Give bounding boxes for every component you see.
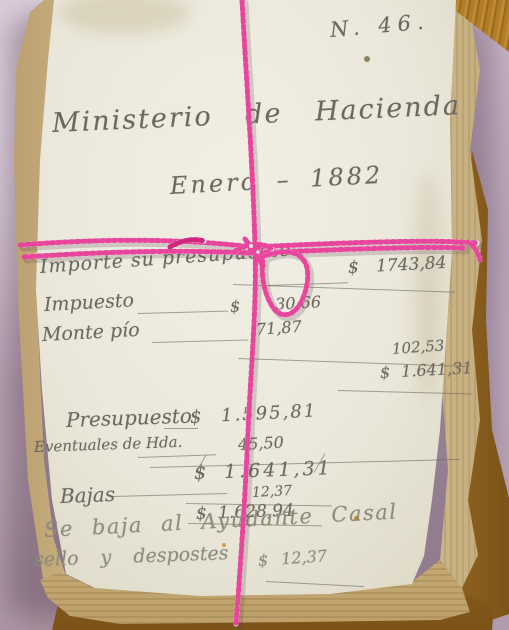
twine-overlay — [0, 0, 509, 630]
photo-archival-bundle: N. 46. Ministerio de Hacienda Enero – 18… — [0, 0, 509, 630]
